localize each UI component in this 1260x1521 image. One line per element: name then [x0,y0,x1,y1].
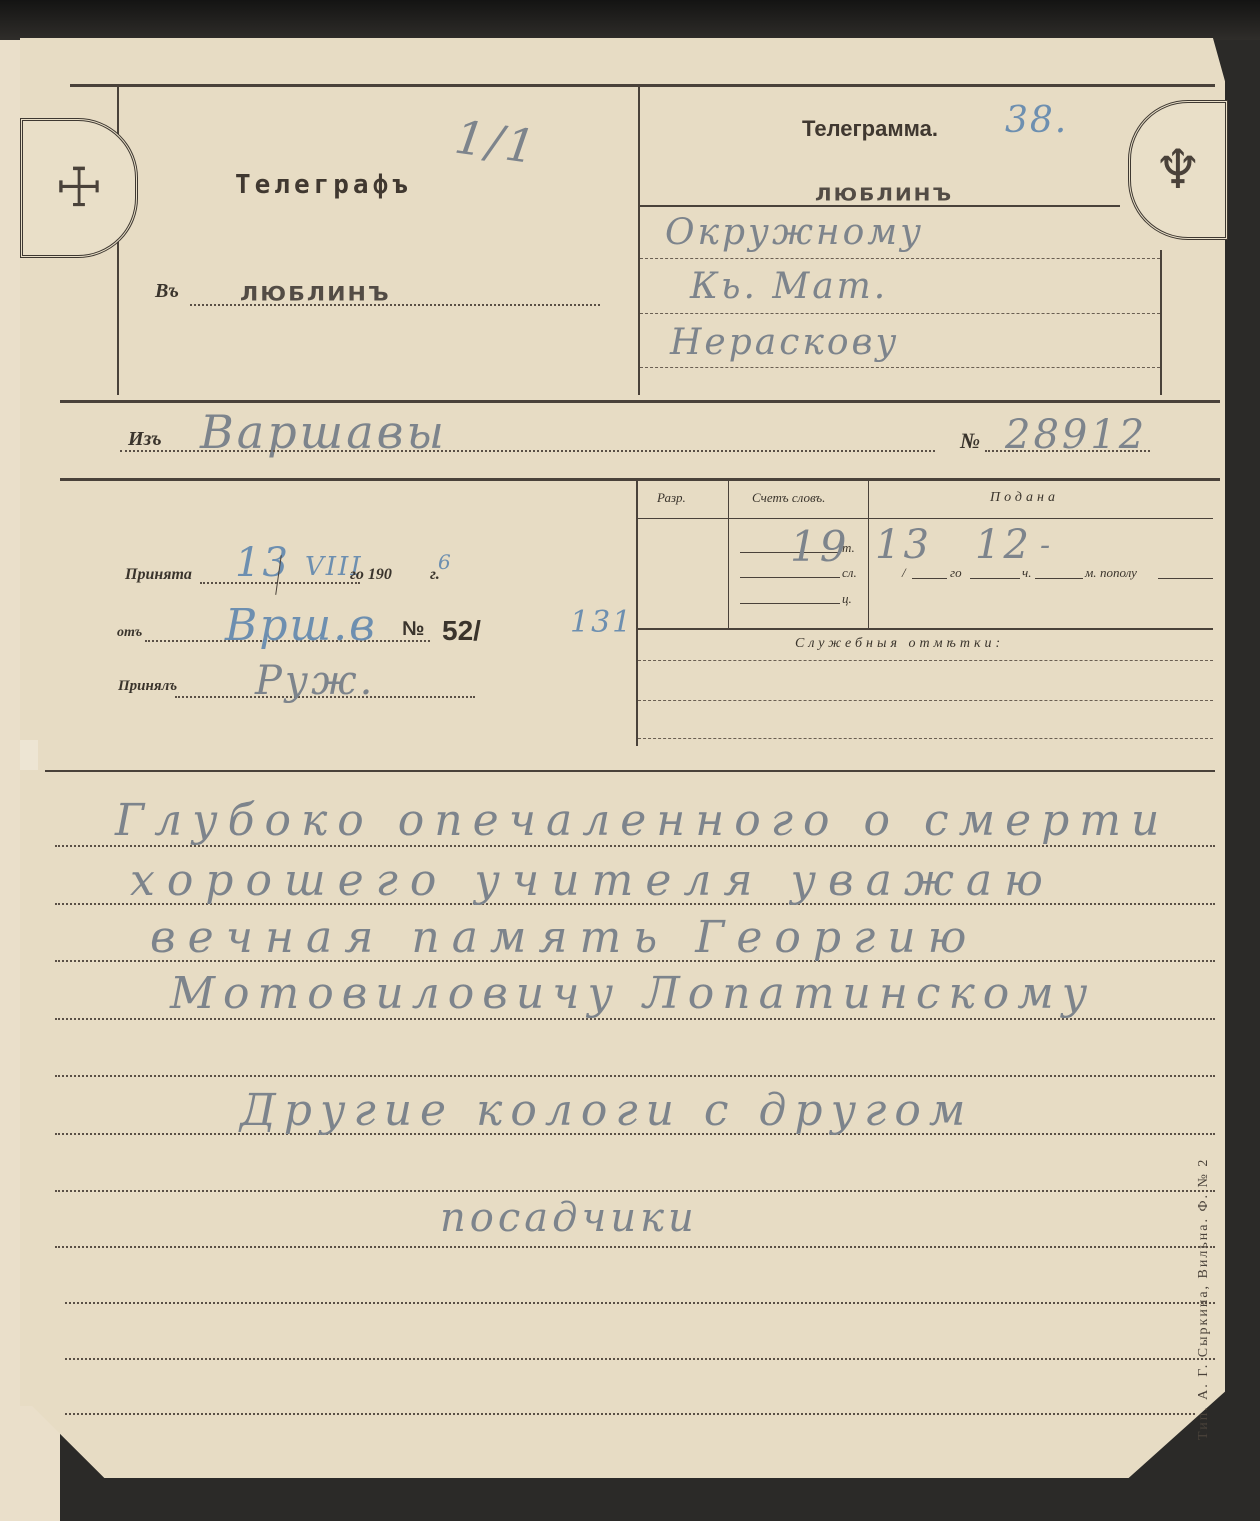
message-rule [55,1246,1215,1248]
filed-line [1035,578,1083,579]
filed-line [970,578,1020,579]
middle-header-border [638,85,640,395]
number-line [985,450,1150,452]
telegram-form [20,38,1225,1478]
message-top-rule [45,770,1215,772]
telegram-number: 38. [1005,100,1068,141]
message-rule [55,1075,1215,1077]
filed-line [1158,578,1213,579]
from-bottom-rule [60,478,1220,481]
service-notes-label: Служебныя отмѣтки: [795,636,1004,652]
filed-minutes: - [1040,528,1053,563]
address-right-border [1160,250,1162,395]
top-rule [70,84,1215,87]
address-line: Нераскову [670,322,899,363]
office-stamp: ЛЮБЛИНЪ [815,183,953,205]
message-line: Мотовиловичу Лопатинскому [170,968,1095,1019]
address-line: Кь. Мат. [690,266,888,307]
received-by-label: Принялъ [118,678,177,695]
filed-hour: 12 [975,522,1032,568]
number-label: № [960,428,980,454]
no-label: № [402,618,424,641]
to-label: Въ [155,280,179,303]
double-headed-eagle-icon: ☩ [20,118,138,258]
accepted-day: 13 [235,540,290,586]
message-line: Глубоко опечаленного о смерти [115,795,1169,846]
word-count-value: 19 [790,522,849,571]
from-station-label: отъ [117,625,142,641]
message-rule [65,1302,1215,1304]
from-station-value: Врш.в [225,600,377,651]
printer-imprint: Тип. А. Г. Сыркина, Вильна. Ф. № 2 [1196,1158,1212,1440]
word-row-ts: ц. [842,591,852,607]
no-value: 52/ [442,615,481,647]
form-title: Телеграфъ [235,170,412,200]
message-line: хорошего учителя уважаю [130,855,1055,906]
word-row-line [740,577,840,578]
address-line: Окружному [665,212,924,253]
folio-mark: 1/1 [452,109,542,174]
header-bottom-rule [60,400,1220,403]
year-label: го 190 [350,566,392,584]
filed-slash: / [902,565,906,581]
filed-go: го [950,565,962,581]
service-col-divider-2 [868,478,869,628]
service-notes-line [638,738,1213,739]
message-line: Другие кологи с другом [240,1085,973,1136]
accepted-label: Принята [125,566,192,584]
service-mid-rule [638,628,1213,630]
from-line [120,450,935,452]
service-col-divider-1 [728,478,729,628]
service-notes-line [638,700,1213,701]
from-label: Изъ [128,428,162,451]
message-rule [55,1190,1215,1192]
telegram-label: Телеграмма. [802,116,938,142]
col-category: Разр. [657,490,686,506]
no-hand: 131 [570,605,633,640]
address-line-3 [640,367,1160,368]
word-row-line [740,603,840,604]
year-value: 6 [438,550,453,574]
service-header-rule [638,518,1213,519]
col-word-count: Счетъ словъ. [752,490,825,506]
filed-line [912,578,947,579]
address-line-2 [640,313,1160,314]
office-rule [640,205,1120,207]
scan-background [0,0,1260,40]
filed-half: пополу [1100,565,1137,581]
message-rule [65,1358,1215,1360]
filed-m: м. [1085,565,1097,581]
address-line-1 [640,258,1160,259]
filed-ch: ч. [1022,565,1031,581]
message-rule [65,1413,1195,1415]
message-line: вечная память Георгию [150,912,978,963]
service-notes-line [638,660,1213,661]
received-by-value: Руж. [255,658,375,704]
col-filed: Подана [990,490,1059,506]
to-stamp: ЛЮБЛИНЪ [240,283,391,306]
filed-day: 13 [875,522,932,568]
paper-fold [20,740,38,770]
post-horn-icon: ♆ [1128,100,1228,240]
message-line: посадчики [440,1195,698,1241]
